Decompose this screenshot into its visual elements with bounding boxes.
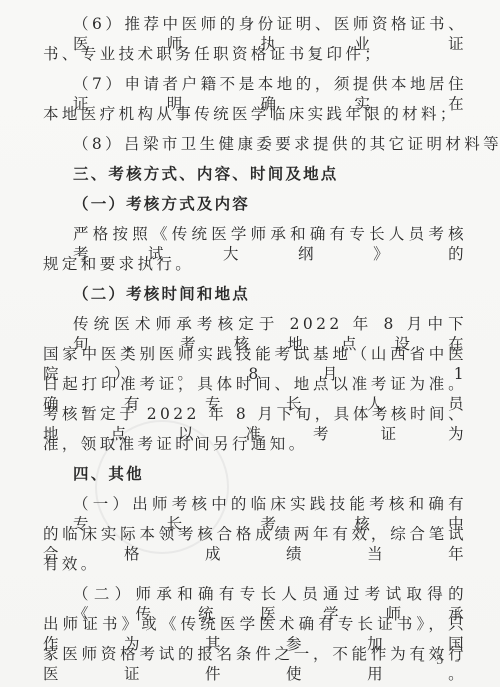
subsection-heading: （一）考核方式及内容 bbox=[73, 194, 467, 214]
section-heading: 三、考核方式、内容、时间及地点 bbox=[73, 164, 467, 184]
paragraph-line: 书、专业技术职务任职资格证书复印件； bbox=[43, 44, 467, 64]
subsection-heading: （二）考核时间和地点 bbox=[73, 284, 467, 304]
paragraph-line: （8）吕梁市卫生健康委要求提供的其它证明材料等。 bbox=[73, 134, 467, 154]
paragraph-line: 有效。 bbox=[43, 554, 467, 574]
paragraph-line: 本地医疗机构从事传统医学临床实践年限的材料； bbox=[43, 104, 467, 124]
page-number: - 5 - bbox=[420, 653, 463, 669]
paragraph-line: 规定和要求执行。 bbox=[43, 254, 467, 274]
document-page: （6）推荐中医师的身份证明、医师资格证书、医师执业证 书、专业技术职务任职资格证… bbox=[0, 0, 500, 687]
paragraph-line: 家医师资格考试的报名条件之一，不能作为有效行医证件使用。 bbox=[43, 644, 467, 684]
paragraph-line: 准，领取准考证时间另行通知。 bbox=[43, 434, 467, 454]
section-heading: 四、其他 bbox=[73, 464, 467, 484]
